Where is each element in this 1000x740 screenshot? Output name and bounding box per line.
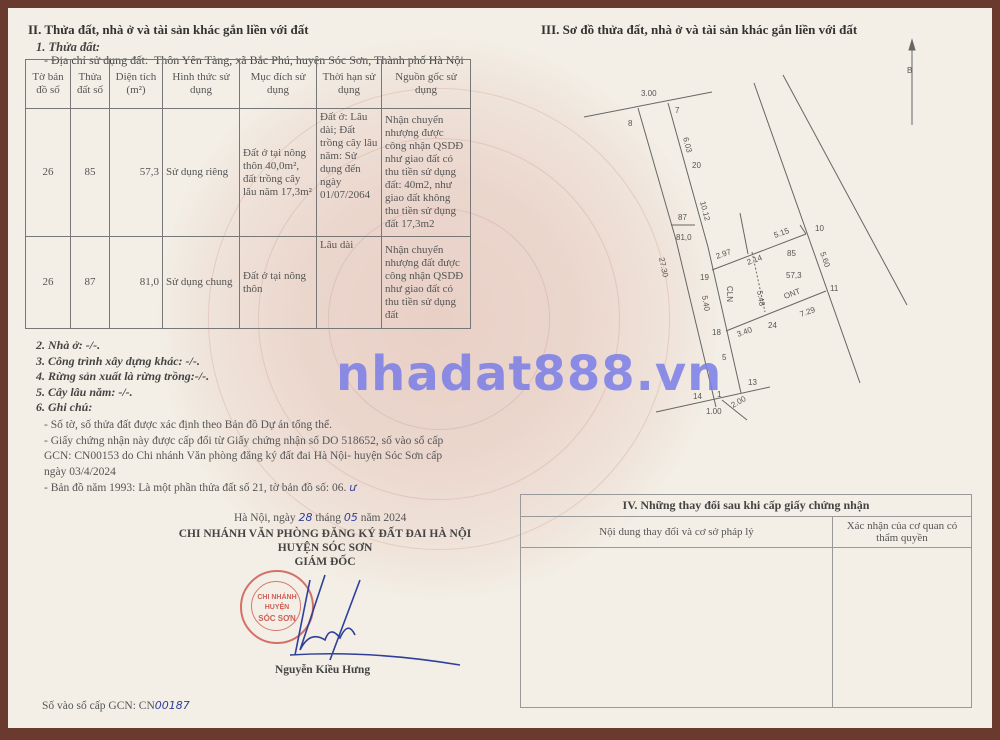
label-edge: 2.97 <box>715 247 733 261</box>
col-change-content: Nội dung thay đổi và cơ sở pháp lý <box>521 517 833 548</box>
label-edge: 5 <box>722 353 727 362</box>
label-point: 18 <box>712 328 721 337</box>
label-point: 10 <box>815 224 824 233</box>
label-parcel-87: 87 <box>678 213 687 222</box>
change-content-cell <box>521 548 833 708</box>
label-area-87: 81,0 <box>676 233 692 242</box>
label-area-85: 57,3 <box>786 271 802 280</box>
authority-cell <box>833 548 972 708</box>
label-point: 11 <box>830 284 839 293</box>
label-ont: ONT <box>783 287 802 301</box>
section4-title: IV. Những thay đổi sau khi cấp giấy chứn… <box>521 495 972 517</box>
label-parcel-85: 85 <box>787 249 796 258</box>
col-authority-confirmation: Xác nhận của cơ quan có thẩm quyền <box>833 517 972 548</box>
changes-table: IV. Những thay đổi sau khi cấp giấy chứn… <box>520 494 972 708</box>
label-edge: 3.40 <box>736 325 754 339</box>
label-point: 13 <box>748 378 757 387</box>
label-point: 8 <box>628 119 633 128</box>
label-edge: 5.60 <box>818 251 832 269</box>
label-edge: 2.00 <box>730 394 748 410</box>
label-cln: CLN <box>725 286 734 302</box>
label-point: 24 <box>768 321 777 330</box>
label-point: 20 <box>692 161 701 170</box>
label-top-width: 3.00 <box>641 89 657 98</box>
label-edge: 5.40 <box>700 295 712 312</box>
label-point: 19 <box>700 273 709 282</box>
watermark-text: nhadat888.vn <box>336 346 722 402</box>
label-edge: 5.15 <box>773 226 791 240</box>
label-point: 7 <box>675 106 680 115</box>
label-edge: 7.29 <box>799 305 817 319</box>
label-edge: 27.30 <box>657 257 670 279</box>
label-edge: 1.00 <box>706 407 722 416</box>
north-label: B <box>907 66 912 75</box>
label-edge: 5.48 <box>755 290 767 307</box>
label-edge: 6.03 <box>681 136 694 154</box>
